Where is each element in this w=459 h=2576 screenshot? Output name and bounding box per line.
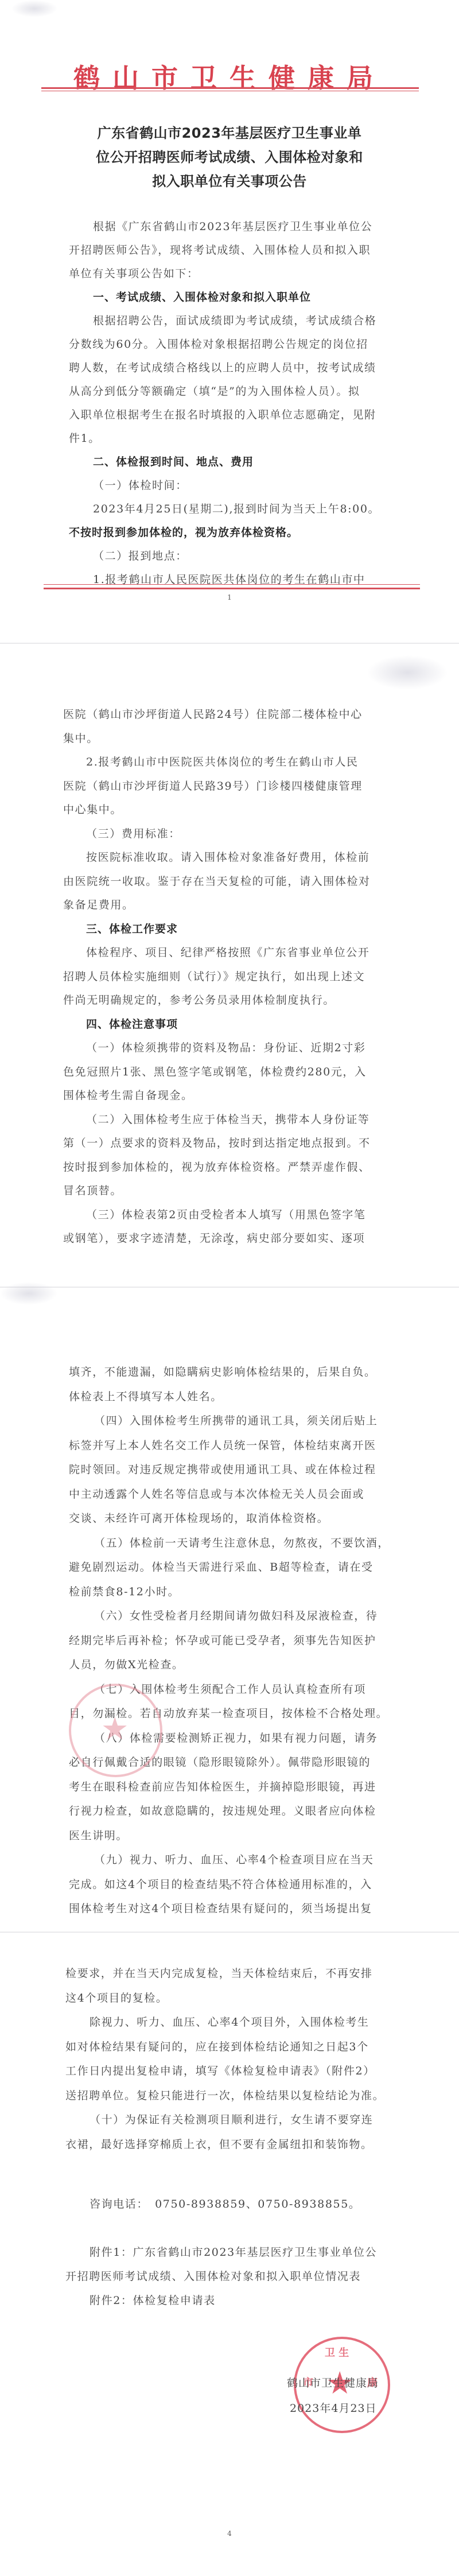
- body-text-line: 件1。: [69, 430, 100, 445]
- official-seal-partial: ★: [69, 1684, 162, 1777]
- footer-rule-thick: [44, 588, 420, 589]
- body-text-line: （九）视力、听力、血压、心率4个检查项目应在当天: [94, 1851, 374, 1867]
- body-text-line: （十）为保证有关检测项目顺利进行，女生请不要穿连: [90, 2111, 373, 2127]
- body-text-line: （一）体检须携带的资料及物品：身份证、近期2寸彩: [86, 1039, 366, 1055]
- star-icon: ★: [101, 1714, 129, 1744]
- body-text-line: 人员，勿做X光检查。: [69, 1656, 184, 1672]
- body-text-line: 标签并写上本人姓名交工作人员统一保管，体检结束离开医: [69, 1437, 376, 1452]
- body-text-line: 2023年4月25日(星期二),报到时间为当天上午8:00。: [93, 500, 380, 516]
- body-text-line: 填齐，不能遗漏，如隐瞒病史影响体检结果的，后果自负。: [69, 1363, 376, 1379]
- body-text-line: 根据《广东省鹤山市2023年基层医疗卫生事业单位公: [93, 218, 372, 234]
- body-text-line: 体检程序、项目、纪律严格按照《广东省事业单位公开: [86, 944, 369, 959]
- body-text-line: 检前禁食8-12小时。: [69, 1583, 180, 1599]
- body-text-line: 避免剧烈运动。体检当天需进行采血、B超等检查，请在受: [69, 1559, 374, 1574]
- body-text-line: （三）费用标准：: [86, 825, 181, 841]
- body-text-line: 按医院标准收取。请入围体检对象准备好费用，体检前: [86, 849, 369, 864]
- section-heading: 不按时报到参加体检的，视为放弃体检资格。: [69, 524, 298, 539]
- body-text-line: 围体检考生对这4个项目检查结果有疑问的，须当场提出复: [69, 1900, 372, 1916]
- body-text-line: （一）体检时间：: [93, 477, 188, 492]
- body-text-line: 由医院统一收取。鉴于存在当天复检的可能，请入围体检对: [63, 873, 371, 888]
- body-text-line: 围体检考生需自备现金。: [63, 1087, 193, 1102]
- body-text-line: 医院（鹤山市沙坪街道人民路24号）住院部二楼体检中心: [63, 706, 363, 721]
- scan-smudge: [367, 655, 448, 690]
- body-text-line: （六）女性受检者月经期间请勿做妇科及尿液检查，待: [94, 1607, 378, 1623]
- section-heading: 三、体检工作要求: [86, 920, 178, 936]
- scan-smudge: [11, 0, 57, 17]
- body-text-line: 院时领回。对违反规定携带或使用通讯工具、或在体检过程: [69, 1461, 376, 1477]
- body-text-line: 根据招聘公告，面试成绩即为考试成绩，考试成绩合格: [93, 312, 376, 328]
- body-text-line: 体检表上不得填写本人姓名。: [69, 1388, 223, 1404]
- body-text-line: （五）体检前一天请考生注意休息，勿熬夜，不要饮酒，: [94, 1534, 390, 1550]
- body-text-line: （二）报到地点：: [93, 547, 188, 563]
- body-text-line: 中主动透露个人姓名等信息或与本次体检无关人员会面或: [69, 1486, 364, 1501]
- document-title-line-3: 拟入职单位有关事项公告: [0, 170, 459, 190]
- body-text-line: （二）入围体检考生应于体检当天，携带本人身份证等: [86, 1111, 369, 1126]
- body-text-line: 医院（鹤山市沙坪街道人民路39号）门诊楼四楼健康管理: [63, 778, 363, 793]
- body-text-line: 中心集中。: [63, 801, 122, 817]
- body-text-line: 送招聘单位。复检只能进行一次，体检结果以复检结论为准。: [65, 2087, 384, 2103]
- body-text-line: 交谈、未经许可离开体检现场的，取消体检资格。: [69, 1510, 329, 1525]
- body-text-line: 2.报考鹤山市中医院医共体岗位的考生在鹤山市人民: [86, 753, 359, 769]
- signature-issuer: 鹤山市卫生健康局: [287, 2375, 379, 2390]
- body-text-line: 医生讲明。: [69, 1827, 128, 1843]
- section-heading: 一、考试成绩、入围体检对象和拟入职单位: [93, 289, 311, 304]
- body-text-line: （四）入围体检考生所携带的通讯工具，须关闭后贴上: [94, 1412, 378, 1428]
- body-text-line: 经期完毕后再补检；怀孕或可能已受孕者，须事先告知医护: [69, 1632, 376, 1648]
- masthead-rule-thick: [41, 87, 419, 89]
- body-text-line: 象备足费用。: [63, 896, 134, 912]
- seal-text-top: 卫 生: [325, 2345, 349, 2360]
- body-text-line: 开招聘医师公告》，现将考试成绩、入围体检人员和拟入职: [69, 242, 371, 257]
- page-number: 2: [0, 1238, 459, 1246]
- body-text-line: 考生在眼科检查前应告知体检医生，并摘掉隐形眼镜，再进: [69, 1778, 376, 1794]
- body-text-line: 如对体检结果有疑问的，应在接到体检结论通知之日起3个: [65, 2038, 369, 2054]
- page-number: 3: [0, 1883, 459, 1891]
- body-text-line: 集中。: [63, 730, 99, 745]
- body-text-line: 件尚无明确规定的，参考公务员录用体检制度执行。: [63, 992, 335, 1007]
- body-text-line: 冒名顶替。: [63, 1182, 122, 1198]
- body-text-line: 色免冠照片1张、黑色签字笔或钢笔，体检费约280元，入: [63, 1063, 367, 1079]
- body-text-line: 这4个项目的复检。: [65, 1990, 168, 2005]
- masthead-rule-thin: [41, 91, 419, 91]
- body-text-line: 行视力检查，如故意隐瞒的，按违规处理。义眼者应向体检: [69, 1802, 376, 1818]
- document-title-line-1: 广东省鹤山市2023年基层医疗卫生事业单: [0, 122, 459, 142]
- page-2: 医院（鹤山市沙坪街道人民路24号）住院部二楼体检中心集中。2.报考鹤山市中医院医…: [0, 644, 459, 1287]
- body-text-line: 衣裙，最好选择穿棉质上衣，但不要有金属纽扣和装饰物。: [65, 2136, 373, 2151]
- body-text-line: 工作日内提出复检申请，填写《体检复检申请表》（附件2）: [65, 2062, 375, 2078]
- signature-date: 2023年4月23日: [290, 2400, 377, 2415]
- scan-smudge: [0, 1282, 57, 1305]
- body-text-line: 招聘人员体检实施细则（试行）》规定执行，如出现上述文: [63, 968, 365, 984]
- body-text-line: 按时报到参加体检的，视为放弃体检资格。严禁弄虚作假、: [63, 1159, 371, 1174]
- page-3: 填齐，不能遗漏，如隐瞒病史影响体检结果的，后果自负。体检表上不得填写本人姓名。（…: [0, 1288, 459, 1930]
- issuer-masthead: 鹤山市卫生健康局: [0, 57, 459, 95]
- attachment-1-line-2: 开招聘医师考试成绩、入围体检对象和拟入职单位情况表: [65, 2268, 361, 2283]
- body-text-line: 检要求，并在当天内完成复检，当天体检结束后，不再安排: [65, 1965, 373, 1980]
- body-text-line: 入职单位根据考生在报名时填报的入职单位志愿确定，见附: [69, 406, 376, 422]
- body-text-line: 聘人数，在考试成绩合格线以上的应聘人员中，按考试成绩: [69, 359, 376, 375]
- body-text-line: 分数线为60分。入围体检对象根据招聘公告规定的岗位招: [69, 336, 368, 351]
- page-number: 4: [0, 2530, 459, 2538]
- body-text-line: 从高分到低分等额确定（填“是”的为入围体检人员）。拟: [69, 383, 360, 398]
- section-heading: 四、体检注意事项: [86, 1016, 178, 1031]
- attachment-1-line-1: 附件1：广东省鹤山市2023年基层医疗卫生事业单位公: [90, 2244, 377, 2259]
- page-1: 鹤山市卫生健康局 广东省鹤山市2023年基层医疗卫生事业单 位公开招聘医师考试成…: [0, 0, 459, 643]
- attachment-2: 附件2：体检复检申请表: [90, 2292, 216, 2307]
- document-title-line-2: 位公开招聘医师考试成绩、入围体检对象和: [0, 146, 459, 166]
- body-text-line: 除视力、听力、血压、心率4个项目外，入围体检考生: [90, 2014, 369, 2029]
- page-number: 1: [0, 593, 459, 601]
- page-4: 检要求，并在当天内完成复检，当天体检结束后，不再安排这4个项目的复检。除视力、听…: [0, 1933, 459, 2576]
- body-text-line: 单位有关事项公告如下：: [69, 265, 199, 281]
- body-text-line: 第（一）点要求的资料及物品，按时到达指定地点报到。不: [63, 1134, 371, 1150]
- footer-rule-thin: [44, 584, 420, 585]
- body-text-line: （三）体检表第2页由受检者本人填写（用黑色签字笔: [86, 1206, 366, 1222]
- contact-phone: 咨询电话： 0750-8938859、0750-8938855。: [90, 2196, 360, 2211]
- section-heading: 二、体检报到时间、地点、费用: [93, 453, 254, 469]
